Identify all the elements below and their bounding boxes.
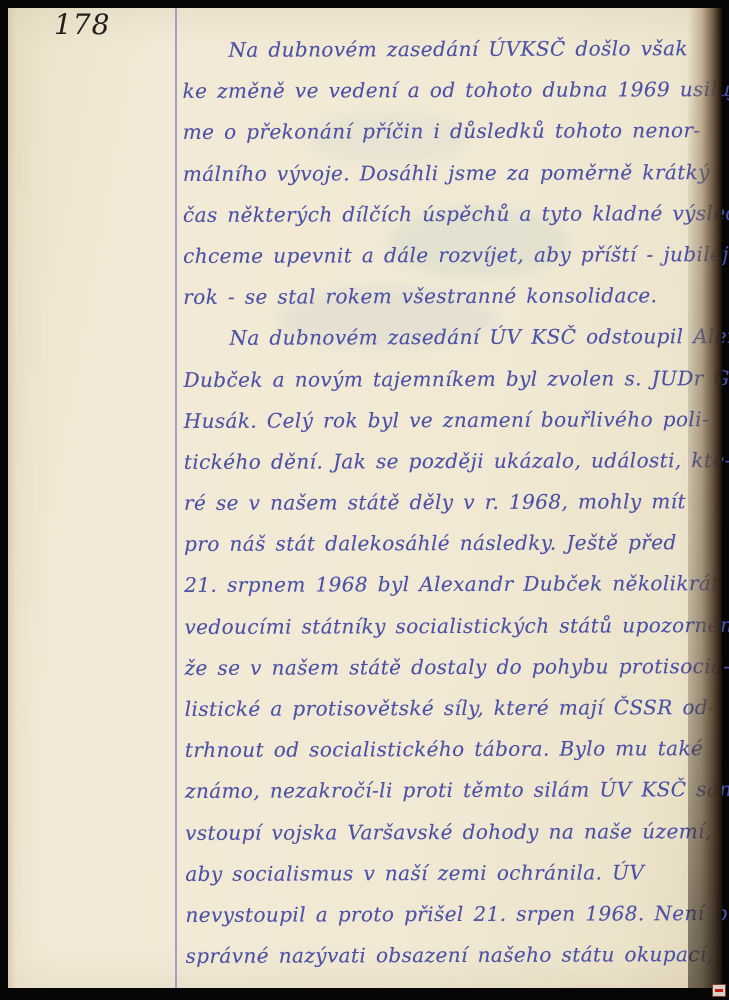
handwritten-line: 21. srpnem 1968 byl Alexandr Dubček něko… (184, 564, 718, 607)
handwritten-line: Na dubnovém zasedání ÚVKSČ došlo však (182, 28, 716, 71)
handwritten-line: trhnout od socialistického tábora. Bylo … (185, 728, 719, 771)
handwritten-line: listické a protisovětské síly, které maj… (185, 687, 719, 730)
handwritten-line: me o překonání příčin i důsledků tohoto … (183, 110, 717, 153)
scanned-page: 178 Na dubnovém zasedání ÚVKSČ došlo vša… (0, 0, 729, 1000)
page-number: 178 (54, 8, 110, 41)
minimize-icon[interactable] (712, 984, 726, 997)
handwritten-line: ré se v našem státě děly v r. 1968, mohl… (184, 481, 718, 524)
page-paper: 178 Na dubnovém zasedání ÚVKSČ došlo vša… (8, 8, 722, 988)
handwritten-line: Dubček a novým tajemníkem byl zvolen s. … (183, 358, 717, 401)
handwritten-line: Husák. Celý rok byl ve znamení bouřlivéh… (184, 399, 718, 442)
handwritten-line: aby socialismus v naší zemi ochránila. Ú… (185, 852, 719, 895)
handwritten-line: ke změně ve vedení a od tohoto dubna 196… (182, 69, 716, 112)
page-edge-left (8, 8, 16, 988)
handwritten-line: chceme upevnit a dále rozvíjet, aby příš… (183, 234, 717, 277)
handwritten-text-block: Na dubnovém zasedání ÚVKSČ došlo však ke… (182, 28, 719, 977)
book-edge-shadow (688, 8, 722, 988)
minimize-icon-bar (715, 989, 723, 992)
handwritten-line: známo, nezakročí-li proti těmto silám ÚV… (185, 769, 719, 812)
handwritten-line: málního vývoje. Dosáhli jsme za poměrně … (183, 152, 717, 195)
handwritten-line: Na dubnovém zasedání ÚV KSČ odstoupil Al… (183, 316, 717, 359)
handwritten-line: nevystoupil a proto přišel 21. srpen 196… (185, 893, 719, 936)
handwritten-line: správné nazývati obsazení našeho státu o… (186, 934, 720, 977)
handwritten-line: že se v našem státě dostaly do pohybu pr… (185, 646, 719, 689)
handwritten-line: tického dění. Jak se později ukázalo, ud… (184, 440, 718, 483)
handwritten-line: čas některých dílčích úspěchů a tyto kla… (183, 193, 717, 236)
handwritten-line: pro náš stát dalekosáhlé následky. Ještě… (184, 522, 718, 565)
handwritten-line: vstoupí vojska Varšavské dohody na naše … (185, 811, 719, 854)
handwritten-line: rok - se stal rokem všestranné konsolida… (183, 275, 717, 318)
margin-rule-line (175, 8, 177, 988)
handwritten-line: vedoucími státníky socialistických států… (184, 605, 718, 648)
